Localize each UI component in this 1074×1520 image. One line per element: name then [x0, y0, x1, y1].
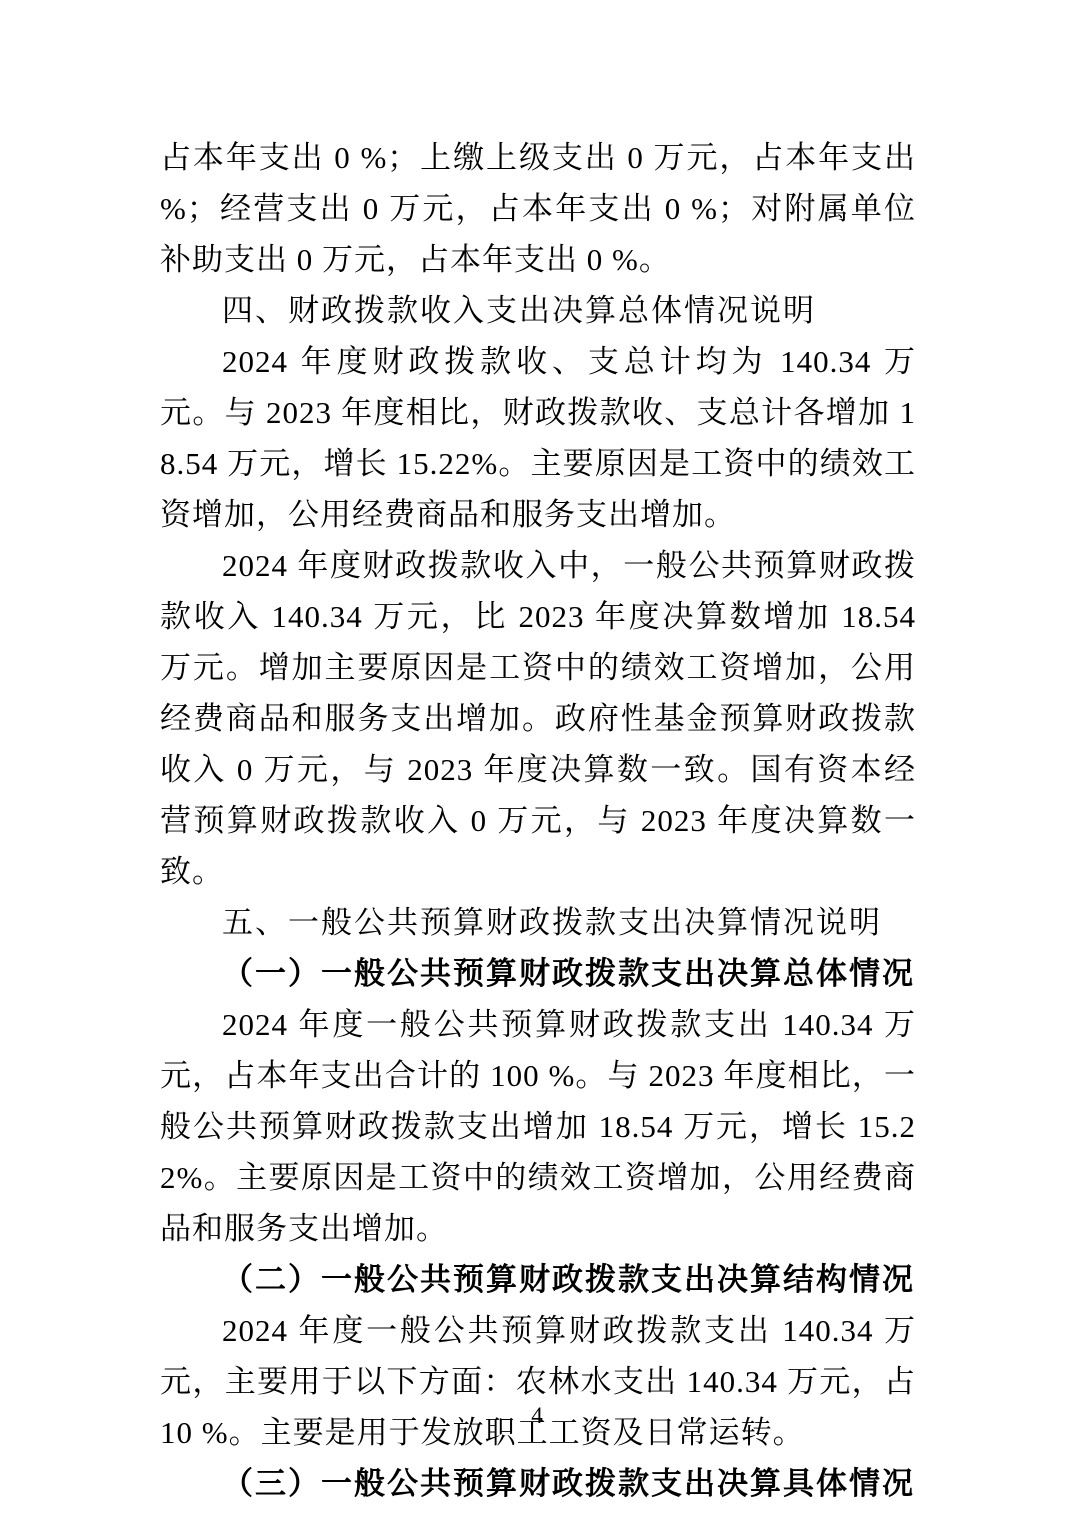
section-heading-5-general-public-budget-expense: 五、一般公共预算财政拨款支出决算情况说明 [160, 897, 916, 948]
document-body: 占本年支出 0 %；上缴上级支出 0 万元，占本年支出 %；经营支出 0 万元，… [160, 132, 916, 1509]
page-number: 4 [0, 1402, 1074, 1430]
paragraph-fiscal-appropriation-total: 2024 年度财政拨款收、支总计均为 140.34 万元。与 2023 年度相比… [160, 336, 916, 540]
paragraph-general-budget-expense-structure: 2024 年度一般公共预算财政拨款支出 140.34 万元，主要用于以下方面：农… [160, 1305, 916, 1458]
document-page: 占本年支出 0 %；上缴上级支出 0 万元，占本年支出 %；经营支出 0 万元，… [0, 0, 1074, 1520]
section-heading-4-fiscal-appropriation-overview: 四、财政拨款收入支出决算总体情况说明 [160, 285, 916, 336]
paragraph-general-budget-expense-overall: 2024 年度一般公共预算财政拨款支出 140.34 万元，占本年支出合计的 1… [160, 999, 916, 1254]
sub-heading-2-structure-situation: （二）一般公共预算财政拨款支出决算结构情况 [160, 1254, 916, 1305]
paragraph-fiscal-appropriation-income-detail: 2024 年度财政拨款收入中，一般公共预算财政拨款收入 140.34 万元，比 … [160, 540, 916, 897]
paragraph-continuation-expense-ratios: 占本年支出 0 %；上缴上级支出 0 万元，占本年支出 %；经营支出 0 万元，… [160, 132, 916, 285]
sub-heading-3-specific-situation: （三）一般公共预算财政拨款支出决算具体情况 [160, 1458, 916, 1509]
sub-heading-1-overall-situation: （一）一般公共预算财政拨款支出决算总体情况 [160, 948, 916, 999]
